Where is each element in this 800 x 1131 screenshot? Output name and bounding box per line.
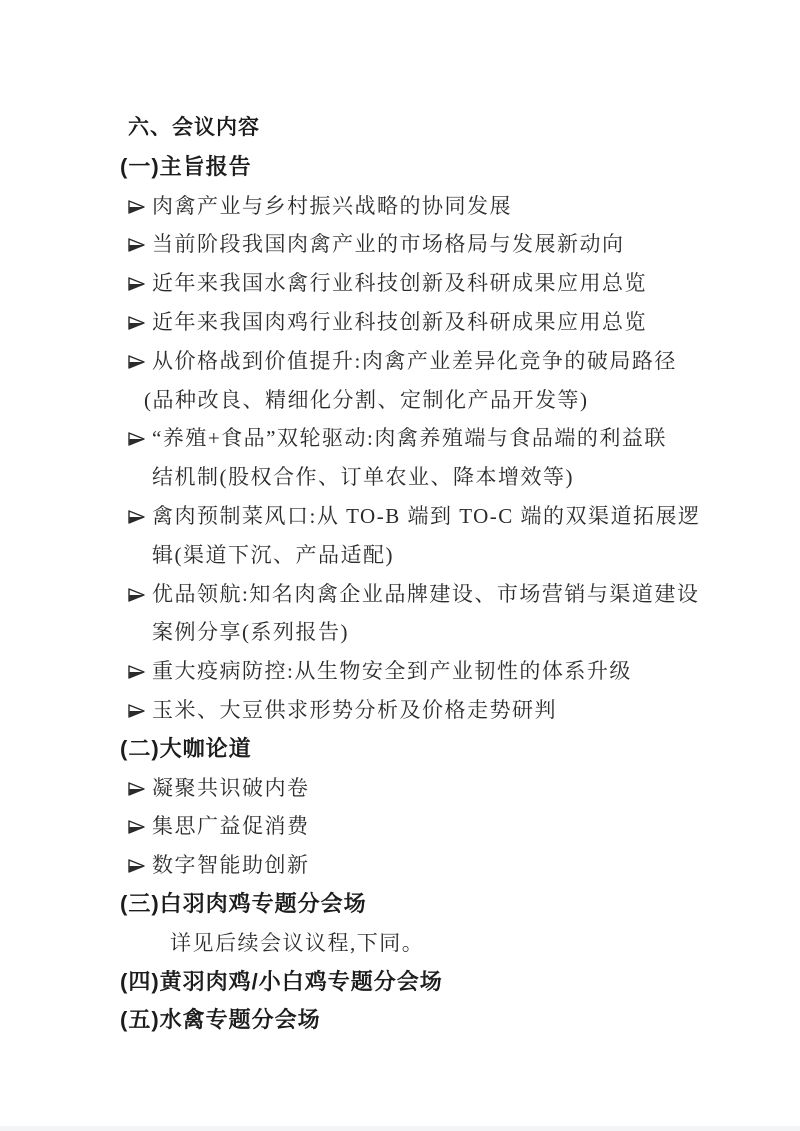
- bullet-arrow-icon: [128, 419, 152, 458]
- doc-heading-subsection: (五)水禽专题分会场: [120, 1001, 700, 1040]
- list-item-continuation: 案例分享(系列报告): [128, 613, 700, 652]
- list-item-text: 近年来我国肉鸡行业科技创新及科研成果应用总览: [152, 310, 647, 334]
- doc-heading-section: 六、会议内容: [128, 109, 700, 148]
- list-item-text: 重大疫病防控:从生物安全到产业韧性的体系升级: [152, 659, 632, 683]
- list-item-text: 从价格战到价值提升:肉禽产业差异化竞争的破局路径: [152, 349, 677, 373]
- list-item: 凝聚共识破内卷: [128, 769, 700, 808]
- doc-heading-subsection: (二)大咖论道: [120, 730, 700, 769]
- list-item-continuation: (品种改良、精细化分割、定制化产品开发等): [120, 381, 700, 420]
- list-item: “养殖+食品”双轮驱动:肉禽养殖端与食品端的利益联: [128, 419, 700, 458]
- list-item: 重大疫病防控:从生物安全到产业韧性的体系升级: [128, 652, 700, 691]
- document-content: 六、会议内容(一)主旨报告肉禽产业与乡村振兴战略的协同发展当前阶段我国肉禽产业的…: [0, 0, 800, 1040]
- list-item: 数字智能助创新: [128, 846, 700, 885]
- bullet-arrow-icon: [128, 691, 152, 730]
- page-bottom-edge: [0, 1126, 800, 1131]
- list-item: 玉米、大豆供求形势分析及价格走势研判: [128, 691, 700, 730]
- list-item-text: 玉米、大豆供求形势分析及价格走势研判: [152, 698, 557, 722]
- bullet-arrow-icon: [128, 187, 152, 226]
- document-page: 六、会议内容(一)主旨报告肉禽产业与乡村振兴战略的协同发展当前阶段我国肉禽产业的…: [0, 0, 800, 1131]
- list-item: 禽肉预制菜风口:从 TO-B 端到 TO-C 端的双渠道拓展逻: [128, 497, 700, 536]
- note-paragraph: 详见后续会议议程,下同。: [128, 924, 700, 963]
- list-item: 优品领航:知名肉禽企业品牌建设、市场营销与渠道建设: [128, 575, 700, 614]
- list-item-text: 肉禽产业与乡村振兴战略的协同发展: [152, 194, 512, 218]
- list-item: 从价格战到价值提升:肉禽产业差异化竞争的破局路径: [128, 342, 700, 381]
- bullet-arrow-icon: [128, 342, 152, 381]
- list-item-text: “养殖+食品”双轮驱动:肉禽养殖端与食品端的利益联: [152, 426, 667, 450]
- list-item: 近年来我国肉鸡行业科技创新及科研成果应用总览: [128, 303, 700, 342]
- doc-heading-subsection: (一)主旨报告: [120, 148, 700, 187]
- list-item-text: 集思广益促消费: [152, 814, 310, 838]
- list-item-text: 数字智能助创新: [152, 853, 310, 877]
- doc-heading-subsection: (三)白羽肉鸡专题分会场: [120, 885, 700, 924]
- list-item-continuation: 辑(渠道下沉、产品适配): [128, 536, 700, 575]
- bullet-arrow-icon: [128, 652, 152, 691]
- list-item-text: 当前阶段我国肉禽产业的市场格局与发展新动向: [152, 232, 625, 256]
- list-item-text: 凝聚共识破内卷: [152, 776, 310, 800]
- bullet-arrow-icon: [128, 769, 152, 808]
- list-item: 当前阶段我国肉禽产业的市场格局与发展新动向: [128, 225, 700, 264]
- list-item-continuation: 结机制(股权合作、订单农业、降本增效等): [128, 458, 700, 497]
- bullet-arrow-icon: [128, 225, 152, 264]
- bullet-arrow-icon: [128, 497, 152, 536]
- bullet-arrow-icon: [128, 303, 152, 342]
- list-item-text: 优品领航:知名肉禽企业品牌建设、市场营销与渠道建设: [152, 582, 699, 606]
- list-item-text: 禽肉预制菜风口:从 TO-B 端到 TO-C 端的双渠道拓展逻: [152, 504, 701, 528]
- bullet-arrow-icon: [128, 807, 152, 846]
- bullet-arrow-icon: [128, 575, 152, 614]
- bullet-arrow-icon: [128, 846, 152, 885]
- list-item-text: 近年来我国水禽行业科技创新及科研成果应用总览: [152, 271, 647, 295]
- list-item: 集思广益促消费: [128, 807, 700, 846]
- list-item: 近年来我国水禽行业科技创新及科研成果应用总览: [128, 264, 700, 303]
- bullet-arrow-icon: [128, 264, 152, 303]
- list-item: 肉禽产业与乡村振兴战略的协同发展: [128, 187, 700, 226]
- doc-heading-subsection: (四)黄羽肉鸡/小白鸡专题分会场: [120, 963, 700, 1002]
